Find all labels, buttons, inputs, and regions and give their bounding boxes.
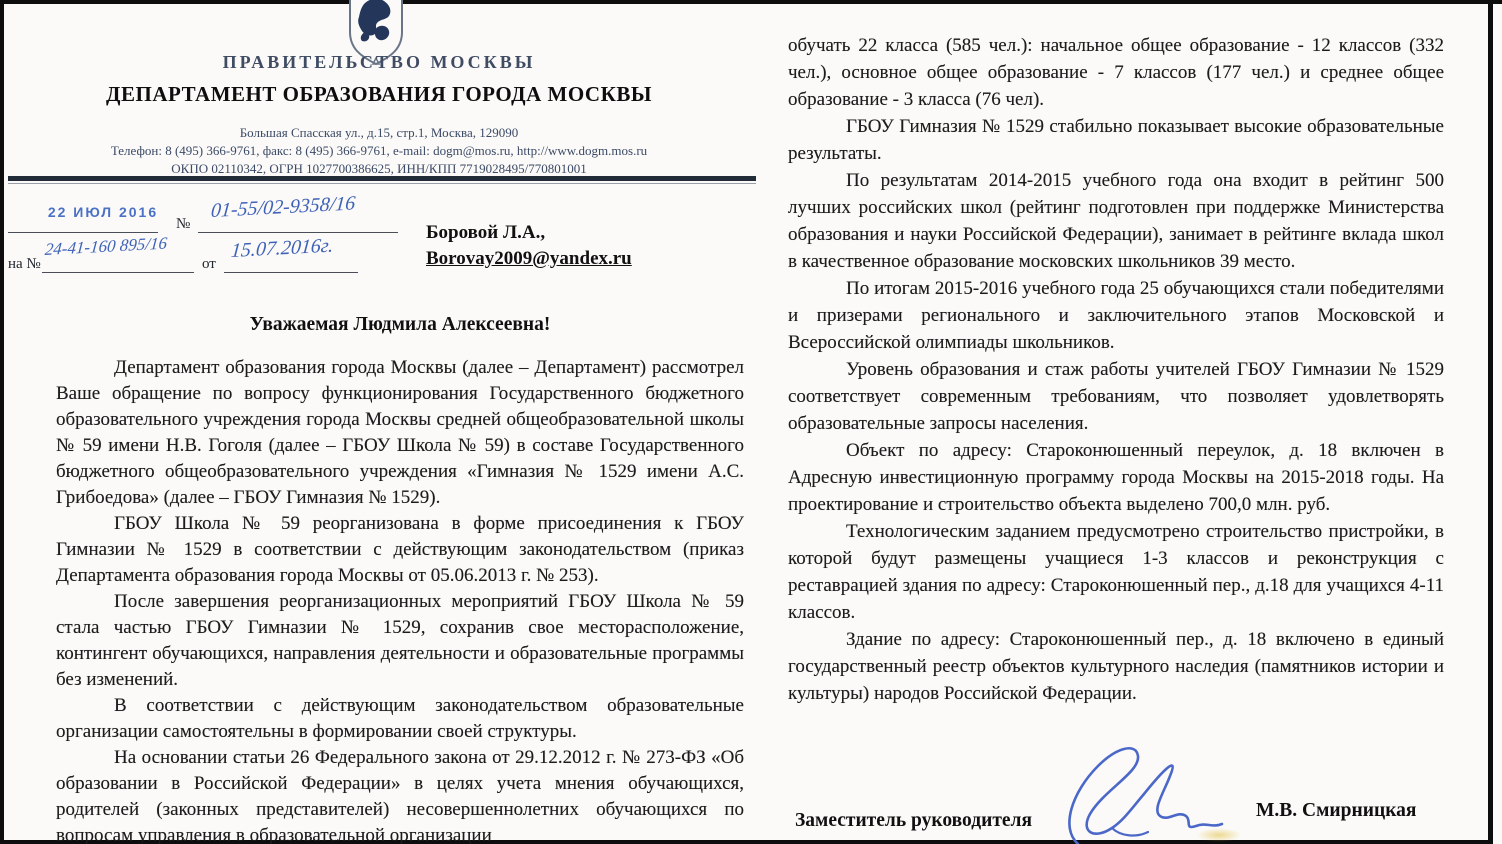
letterhead-codes: ОКПО 02110342, ОГРН 1027700386625, ИНН/К… xyxy=(8,160,750,177)
department-title: ДЕПАРТАМЕНТ ОБРАЗОВАНИЯ ГОРОДА МОСКВЫ xyxy=(8,82,750,107)
paragraph: В соответствии с действующим законодател… xyxy=(56,693,744,745)
paragraph: Технологическим заданием предусмотрено с… xyxy=(788,518,1444,626)
reply-number-label: на № xyxy=(8,256,41,273)
from-date-underline xyxy=(224,272,358,273)
outgoing-number-handwritten: 01-55/02-9358/16 xyxy=(210,192,356,223)
paragraph: Департамент образования города Москвы (д… xyxy=(56,355,744,511)
registration-block: 22 ИЮЛ 2016 № 01-55/02-9358/16 на № 24-4… xyxy=(8,196,750,296)
scan-border-left xyxy=(0,4,4,844)
reply-date-handwritten: 15.07.2016г. xyxy=(230,234,334,263)
scanned-letter: ПРАВИТЕЛЬСТВО МОСКВЫ ДЕПАРТАМЕНТ ОБРАЗОВ… xyxy=(0,0,1502,844)
letterhead-address: Большая Спасская ул., д.15, стр.1, Москв… xyxy=(8,124,750,141)
addressee-block: Боровой Л.А., Borovay2009@yandex.ru xyxy=(426,220,632,272)
addressee-email: Borovay2009@yandex.ru xyxy=(426,246,632,272)
paragraph: ГБОУ Гимназия № 1529 стабильно показывае… xyxy=(788,113,1444,167)
from-date-label: от xyxy=(202,256,216,273)
addressee-name: Боровой Л.А., xyxy=(426,220,632,246)
body-text-left: Департамент образования города Москвы (д… xyxy=(56,355,744,844)
date-stamp: 22 ИЮЛ 2016 xyxy=(38,204,168,220)
paragraph: После завершения реорганизационных мероп… xyxy=(56,589,744,693)
government-title: ПРАВИТЕЛЬСТВО МОСКВЫ xyxy=(8,52,750,73)
letterhead-contacts: Телефон: 8 (495) 366-9761, факс: 8 (495)… xyxy=(8,142,750,159)
paragraph: По итогам 2015-2016 учебного года 25 обу… xyxy=(788,275,1444,356)
scan-artifact xyxy=(1196,828,1242,842)
signer-title: Заместитель руководителя xyxy=(795,810,1032,832)
body-text-right: обучать 22 класса (585 чел.): начальное … xyxy=(788,32,1444,707)
salutation: Уважаемая Людмила Алексеевна! xyxy=(56,314,744,336)
reply-number-handwritten: 24-41-160 895/16 xyxy=(44,233,168,260)
date-underline xyxy=(8,232,158,233)
signature-icon xyxy=(1020,732,1280,844)
number-underline xyxy=(198,232,398,233)
paragraph: ГБОУ Школа № 59 реорганизована в форме п… xyxy=(56,511,744,589)
letterhead-divider xyxy=(8,176,756,181)
page-one: ПРАВИТЕЛЬСТВО МОСКВЫ ДЕПАРТАМЕНТ ОБРАЗОВ… xyxy=(8,0,750,844)
paragraph: Здание по адресу: Староконюшенный пер., … xyxy=(788,626,1444,707)
paragraph: обучать 22 класса (585 чел.): начальное … xyxy=(788,32,1444,113)
signer-name: М.В. Смирницкая xyxy=(1256,800,1416,822)
reply-underline xyxy=(42,272,194,273)
scan-border-right xyxy=(1488,4,1493,844)
paragraph: На основании статьи 26 Федерального зако… xyxy=(56,745,744,844)
paragraph: Объект по адресу: Староконюшенный переул… xyxy=(788,437,1444,518)
number-label: № xyxy=(176,216,190,233)
paragraph: Уровень образования и стаж работы учител… xyxy=(788,356,1444,437)
paragraph: По результатам 2014-2015 учебного года о… xyxy=(788,167,1444,275)
